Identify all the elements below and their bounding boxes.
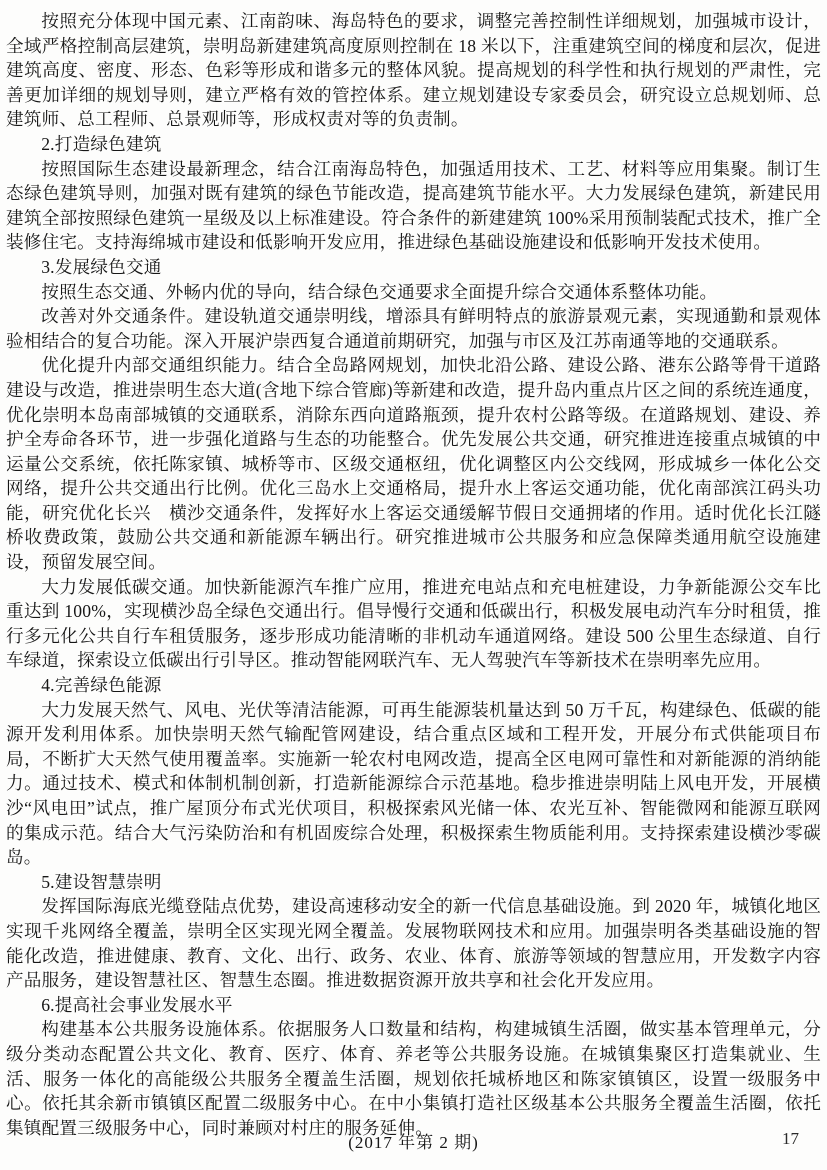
paragraph-urban-planning: 按照充分体现中国元素、江南韵味、海岛特色的要求，调整完善控制性详细规划，加强城市…	[6, 9, 821, 132]
journal-issue-label: (2017 年第 2 期)	[0, 1130, 827, 1156]
paragraph-internal-transport: 优化提升内部交通组织能力。结合全岛路网规划，加快北沿公路、建设公路、港东公路等骨…	[6, 353, 821, 574]
section-heading-green-transport: 3.发展绿色交通	[6, 255, 821, 280]
paragraph-transport-overview: 按照生态交通、外畅内优的导向，结合绿色交通要求全面提升综合交通体系整体功能。	[6, 280, 821, 305]
page-footer: (2017 年第 2 期) 17	[0, 1130, 827, 1156]
document-page: 按照充分体现中国元素、江南韵味、海岛特色的要求，调整完善控制性详细规划，加强城市…	[0, 0, 827, 1170]
section-heading-social-services: 6.提高社会事业发展水平	[6, 993, 821, 1018]
paragraph-smart-chongming: 发挥国际海底光缆登陆点优势，建设高速移动安全的新一代信息基础设施。到 2020 …	[6, 894, 821, 992]
section-heading-green-energy: 4.完善绿色能源	[6, 673, 821, 698]
section-heading-smart-chongming: 5.建设智慧崇明	[6, 870, 821, 895]
section-heading-green-building: 2.打造绿色建筑	[6, 132, 821, 157]
paragraph-low-carbon-transport: 大力发展低碳交通。加快新能源汽车推广应用，推进充电站点和充电桩建设，力争新能源公…	[6, 575, 821, 673]
paragraph-social-services: 构建基本公共服务设施体系。依据服务人口数量和结构，构建城镇生活圈，做实基本管理单…	[6, 1017, 821, 1140]
page-number: 17	[782, 1126, 799, 1152]
paragraph-external-transport: 改善对外交通条件。建设轨道交通崇明线，增添具有鲜明特点的旅游景观元素，实现通勤和…	[6, 304, 821, 353]
document-body: 按照充分体现中国元素、江南韵味、海岛特色的要求，调整完善控制性详细规划，加强城市…	[6, 9, 821, 1140]
paragraph-green-building: 按照国际生态建设最新理念，结合江南海岛特色，加强适用技术、工艺、材料等应用集聚。…	[6, 157, 821, 255]
paragraph-green-energy: 大力发展天然气、风电、光伏等清洁能源，可再生能源装机量达到 50 万千瓦，构建绿…	[6, 698, 821, 870]
